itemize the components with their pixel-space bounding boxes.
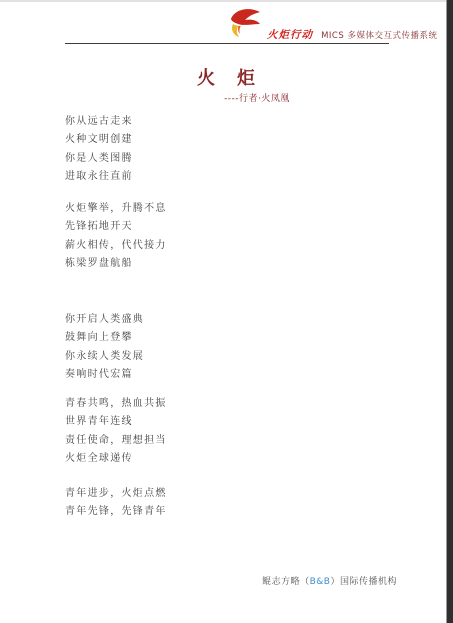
brand-script-text: 火炬行动 [267,29,313,41]
poem-line: 你永续人类发展 [65,348,144,366]
header-divider [65,43,389,44]
poem-line: 火炬擎举，升腾不息 [65,200,167,218]
poem-line: 先锋拓地开天 [65,218,167,236]
poem-line: 青春共鸣，热血共振 [65,395,167,413]
poem-line: 奏响时代宏篇 [65,366,144,384]
poem-line: 薪火相传，代代接力 [65,237,167,255]
poem-line: 栋梁罗盘航船 [65,255,167,273]
footer-agency-abbr: B&B [310,577,331,587]
document-page: 火炬行动 MICS 多媒体交互式传播系统 火 炬 ----行者·火凤凰 你从远古… [0,0,453,623]
poem-line: 责任使命，理想担当 [65,432,167,450]
poem-stanza-3: 你开启人类盛典 鼓舞向上登攀 你永续人类发展 奏响时代宏篇 [65,311,144,384]
footer-agency: 鲲志方略（B&B）国际传播机构 [262,574,397,587]
brand-system-text: MICS 多媒体交互式传播系统 [321,31,437,41]
poem-line: 火炬全球递传 [65,450,167,468]
footer-agency-prefix: 鲲志方略（ [262,577,310,587]
poem-stanza-1: 你从远古走来 火种文明创建 你是人类图腾 进取永往直前 [65,113,133,186]
poem-stanza-4: 青春共鸣，热血共振 世界青年连线 责任使命，理想担当 火炬全球递传 [65,395,167,468]
poem-stanza-5: 青年进步，火炬点燃 青年先锋，先锋青年 [65,485,167,522]
poem-line: 火种文明创建 [65,131,133,149]
poem-title: 火 炬 [65,64,389,90]
poem-line: 你从远古走来 [65,113,133,131]
poem-line: 鼓舞向上登攀 [65,329,144,347]
footer-agency-suffix: ）国际传播机构 [330,577,397,587]
page-right-border [446,0,453,623]
flame-icon [226,7,264,39]
header-brand: 火炬行动 MICS 多媒体交互式传播系统 [267,23,437,42]
poem-line: 青年进步，火炬点燃 [65,485,167,503]
poem-stanza-2: 火炬擎举，升腾不息 先锋拓地开天 薪火相传，代代接力 栋梁罗盘航船 [65,200,167,273]
page-top-border [0,0,453,2]
poem-line: 你开启人类盛典 [65,311,144,329]
poem-line: 世界青年连线 [65,413,167,431]
poem-line: 青年先锋，先锋青年 [65,503,167,521]
poem-line: 进取永往直前 [65,168,133,186]
poem-line: 你是人类图腾 [65,150,133,168]
poem-byline: ----行者·火凤凰 [95,91,419,104]
